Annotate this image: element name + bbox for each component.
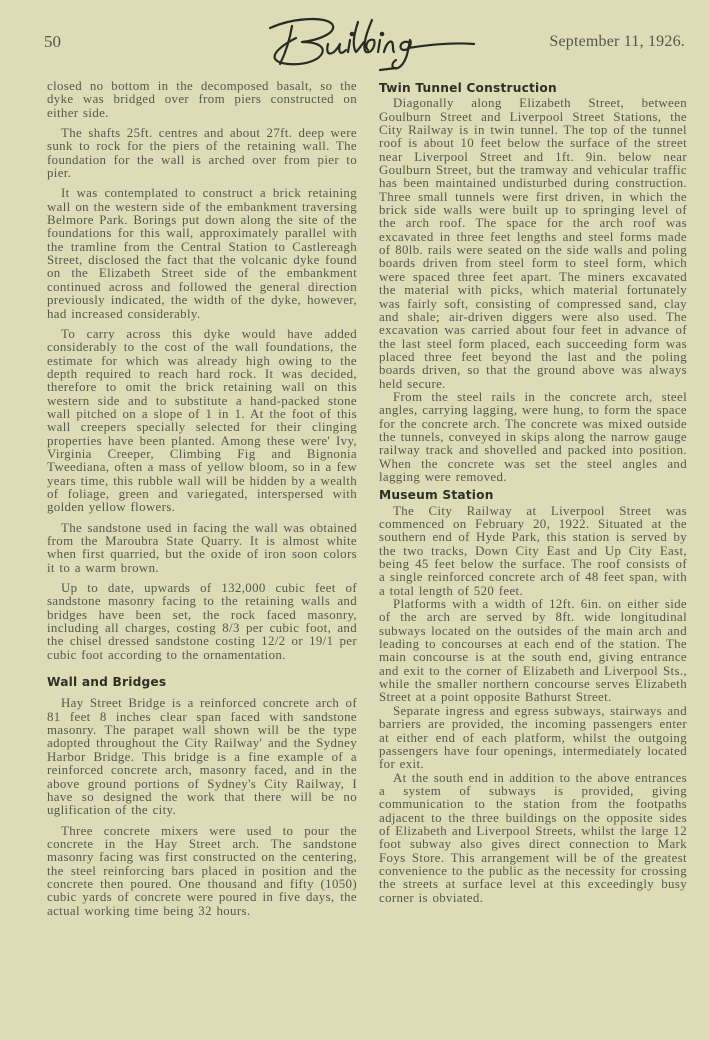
paragraph: At the south end in addition to the abov… — [379, 772, 687, 905]
section-heading-twin-tunnel: Twin Tunnel Construction — [379, 82, 687, 95]
paragraph: Hay Street Bridge is a reinforced concre… — [47, 697, 357, 817]
paragraph: closed no bottom in the decomposed basal… — [47, 80, 357, 120]
paragraph: To carry across this dyke would have add… — [47, 328, 357, 515]
paragraph: Platforms with a width of 12ft. 6in. on … — [379, 598, 687, 705]
issue-date: September 11, 1926. — [549, 33, 685, 51]
section-heading-wall-and-bridges: Wall and Bridges — [47, 676, 357, 689]
paragraph: Up to date, upwards of 132,000 cubic fee… — [47, 582, 357, 662]
magazine-page: 50 September 11, 1926. closed no bottom … — [0, 0, 709, 1040]
page-number: 50 — [44, 32, 61, 52]
section-heading-museum-station: Museum Station — [379, 489, 687, 502]
paragraph: The City Railway at Liverpool Street was… — [379, 505, 687, 598]
paragraph: It was contemplated to construct a brick… — [47, 187, 357, 320]
paragraph: From the steel rails in the concrete arc… — [379, 391, 687, 484]
building-script-logo-icon — [262, 14, 477, 72]
paragraph: The shafts 25ft. centres and about 27ft.… — [47, 127, 357, 180]
paragraph: Separate ingress and egress subways, sta… — [379, 705, 687, 772]
paragraph: Three concrete mixers were used to pour … — [47, 825, 357, 918]
masthead-logo — [262, 14, 477, 72]
paragraph: The sandstone used in facing the wall wa… — [47, 522, 357, 575]
right-column: Twin Tunnel Construction Diagonally alon… — [379, 82, 687, 905]
left-column: closed no bottom in the decomposed basal… — [47, 80, 357, 925]
paragraph: Diagonally along Elizabeth Street, betwe… — [379, 97, 687, 391]
